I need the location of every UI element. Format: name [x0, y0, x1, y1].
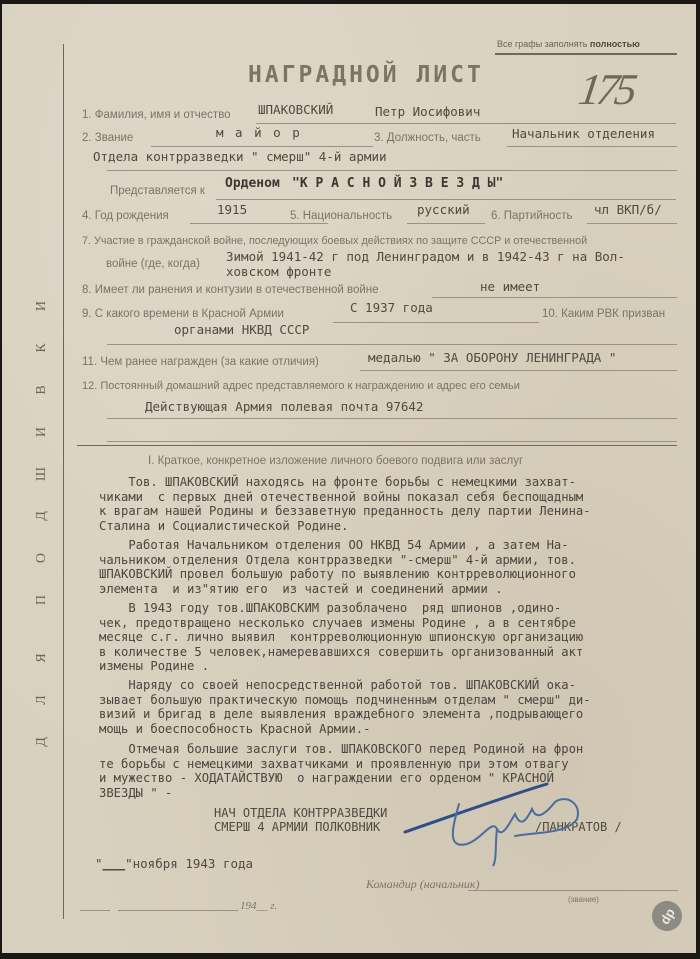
field-2-label: 2. Звание: [82, 132, 133, 144]
handwritten-signature-icon: [397, 774, 597, 869]
first-patronymic: Петр Иосифович: [375, 104, 480, 119]
watermark-logo-icon: dp: [647, 896, 688, 937]
field-1-line: [256, 123, 676, 124]
field-7-label-2: войне (где, когда): [106, 258, 200, 270]
submission-date: "___"ноября 1943 года: [95, 856, 253, 871]
footer-month-line: [118, 910, 238, 911]
narrative-paragraph-3: В 1943 году тов.ШПАКОВСКИМ разоблачено р…: [99, 601, 669, 674]
presented-label: Представляется к: [110, 185, 205, 197]
field-4-label: 4. Год рождения: [82, 210, 169, 222]
combat-participation: Зимой 1941-42 г под Ленинградом и в 1942…: [226, 249, 625, 264]
birth-year: 1915: [217, 202, 247, 217]
narrative-heading: I. Краткое, конкретное изложение личного…: [148, 455, 523, 467]
position-line-2: [107, 170, 677, 171]
party: чл ВКП/б/: [594, 202, 662, 217]
field-6-line: [587, 223, 677, 224]
commander-label: Командир (начальник): [366, 877, 480, 892]
narrative-paragraph-1: Тов. ШПАКОВСКИЙ находясь на фронте борьб…: [99, 475, 669, 533]
field-7-label: 7. Участие в гражданской войне, последую…: [82, 235, 587, 247]
instruction-underline: [495, 53, 677, 55]
binding-margin-line: [63, 44, 64, 919]
award-sheet-paper: Д Л Я П О Д Ш И В К И Все графы заполнят…: [2, 4, 696, 953]
field-10-label: 10. Каким РВК призван: [542, 308, 665, 320]
field-9-label: 9. С какого времени в Красной Армии: [82, 308, 284, 320]
field-8-label: 8. Имеет ли ранения и контузии в отечест…: [82, 284, 379, 296]
rank-caption: (звание): [568, 895, 599, 904]
binding-margin-label: Д Л Я П О Д Ш И В К И: [32, 274, 52, 754]
handwritten-number: 175: [575, 64, 636, 115]
section-divider: [77, 445, 677, 446]
field-4-line: [190, 223, 328, 224]
field-11-label: 11. Чем ранее награжден (за какие отличи…: [82, 356, 319, 368]
commander-line: [468, 890, 678, 891]
surname: ШПАКОВСКИЙ: [258, 102, 333, 117]
home-address: Действующая Армия полевая почта 97642: [145, 399, 423, 414]
field-12-line: [107, 418, 677, 419]
document-title: НАГРАДНОЙ ЛИСТ: [248, 62, 484, 88]
footer-year: 194__ г.: [240, 900, 277, 912]
narrative-paragraph-2: Работая Начальником отделения ОО НКВД 54…: [99, 538, 669, 596]
signatory-position-1: НАЧ ОТДЕЛА КОНТРРАЗВЕДКИ: [214, 806, 387, 820]
position-value-cont: Отдела контрразведки " смерш" 4-й армии: [93, 149, 387, 164]
previous-awards: медалью " ЗА ОБОРОНУ ЛЕНИНГРАДА ": [368, 350, 616, 365]
nationality: русский: [417, 202, 470, 217]
award-name: "К Р А С Н О Й З В Е З Д Ы": [292, 176, 503, 191]
presented-line: [216, 199, 676, 200]
drafted-by: органами НКВД СССР: [174, 322, 309, 337]
field-8-line: [432, 297, 677, 298]
field-12-label: 12. Постоянный домашний адрес представля…: [82, 380, 520, 392]
field-5-label: 5. Национальность: [290, 210, 392, 222]
field-3-line: [507, 146, 677, 147]
field-10-line: [107, 344, 677, 345]
field-12-line-2: [107, 441, 677, 442]
rank-value: м а й о р: [216, 125, 302, 140]
field-3-label: 3. Должность, часть: [374, 132, 481, 144]
combat-participation-cont: ховском фронте: [226, 264, 331, 279]
field-11-line: [360, 370, 677, 371]
instruction-note: Все графы заполнять полностью: [497, 39, 640, 49]
field-5-line: [407, 223, 485, 224]
narrative-paragraph-4: Наряду со своей непосредственной работой…: [99, 678, 669, 736]
field-6-label: 6. Партийность: [491, 210, 572, 222]
signatory-position-2: СМЕРШ 4 АРМИИ ПОЛКОВНИК: [214, 820, 380, 834]
position-value: Начальник отделения: [512, 126, 655, 141]
wounds: не имеет: [480, 279, 540, 294]
field-1-label: 1. Фамилия, имя и отчество: [82, 109, 231, 121]
field-2-line: [151, 146, 373, 147]
footer-day-line: [80, 910, 110, 911]
field-9-line: [333, 322, 539, 323]
service-since: С 1937 года: [350, 300, 433, 315]
award-prefix: Орденом: [225, 176, 280, 191]
